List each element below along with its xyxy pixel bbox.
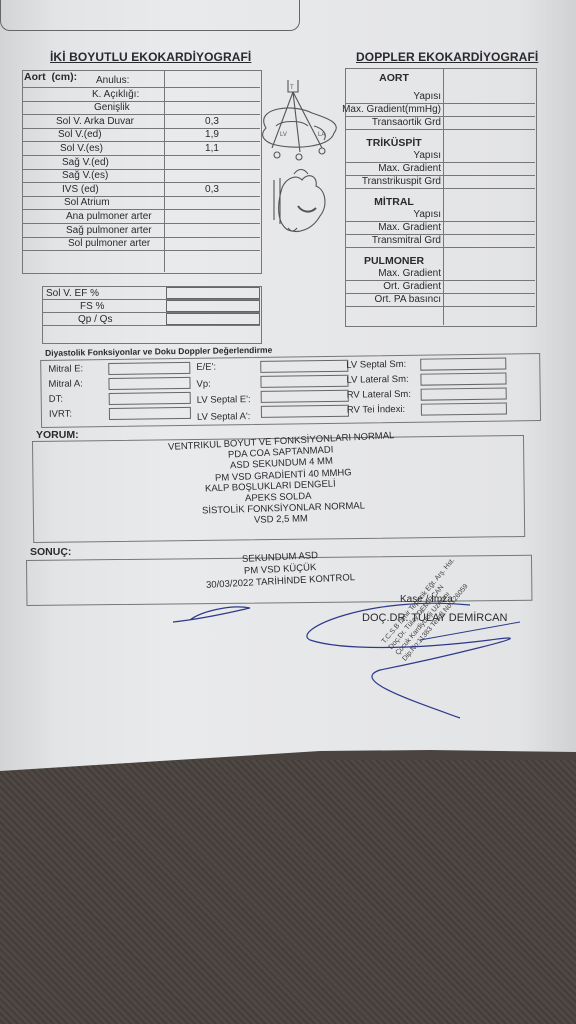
header-box (0, 0, 300, 31)
measurement-label: Sol V.(es) (60, 142, 103, 155)
doppler-row: Transaortik Grd (345, 116, 535, 130)
measurement-row: Sağ pulmoner arter (22, 224, 260, 238)
doppler-label: Transtrikuspit Grd (362, 175, 441, 188)
diastolic-label: LV Lateral Sm: (346, 374, 408, 386)
diastolic-label: LV Septal E': (197, 394, 251, 406)
doppler-row: Yapısı (345, 149, 535, 163)
diastolic-label: LV Septal A': (197, 411, 251, 423)
measurement-value: 0,3 (164, 183, 260, 196)
measurement-row: Sol V. Arka Duvar0,3 (22, 115, 260, 129)
measurement-label: Genişlik (94, 101, 130, 114)
svg-text:T: T (290, 85, 294, 91)
diastolic-value-field[interactable] (261, 390, 349, 403)
two-d-measurements-table: Aort (cm): Anulus:K. Açıklığı:GenişlikSo… (22, 70, 262, 274)
doppler-row: Ort. Gradient (345, 280, 535, 294)
measurement-label: IVS (ed) (62, 183, 99, 196)
measurement-row: IVS (ed)0,3 (22, 183, 260, 197)
measurement-row: Sol pulmoner arter (22, 237, 260, 251)
doppler-label: Yapısı (413, 208, 441, 221)
right-section-title: DOPPLER EKOKARDİYOGRAFİ (356, 50, 538, 64)
measurement-label: Sağ V.(ed) (62, 156, 109, 169)
diastolic-label: IVRT: (49, 409, 72, 420)
diastolic-label: RV Lateral Sm: (347, 389, 411, 401)
measurement-row: Sol V.(es)1,1 (22, 142, 260, 156)
carpet-background (0, 760, 576, 1024)
heart-diagram-icon: T LV LA (252, 78, 352, 258)
measurement-row: Ana pulmoner arter (22, 210, 260, 224)
doppler-row: Max. Gradient (345, 162, 535, 176)
doppler-group-title: AORT (345, 72, 443, 84)
measurement-row: Sağ V.(es) (22, 169, 260, 183)
doppler-label: Transmitral Grd (372, 234, 441, 247)
yorum-label: YORUM: (36, 429, 79, 441)
diastolic-value-field[interactable] (108, 362, 190, 375)
doppler-label: Ort. PA basıncı (374, 293, 441, 306)
measurement-label: Sağ V.(es) (62, 169, 108, 182)
ef-value-field[interactable] (166, 300, 260, 312)
diastolic-value-field[interactable] (109, 407, 191, 420)
diastolic-value-field[interactable] (421, 402, 507, 415)
measurement-label: Sol V.(ed) (58, 128, 102, 141)
doppler-row: Max. Gradient (345, 267, 535, 281)
yorum-line: VSD 2,5 MM (254, 514, 308, 526)
diastolic-label: RV Tei İndexi: (347, 404, 405, 416)
measurement-label: Sol pulmoner arter (68, 237, 150, 250)
ef-row: FS % (42, 299, 260, 313)
doppler-row: Yapısı (345, 208, 535, 222)
measurement-row: Anulus: (22, 74, 260, 88)
measurement-row: K. Açıklığı: (22, 88, 260, 102)
ef-row: Sol V. EF % (42, 286, 260, 300)
measurement-row: Sol V.(ed)1,9 (22, 128, 260, 142)
left-section-title: İKİ BOYUTLU EKOKARDİYOGRAFİ (50, 50, 251, 64)
doppler-group-title: PULMONER (345, 255, 443, 267)
diastolic-value-field[interactable] (420, 372, 506, 385)
measurement-label: K. Açıklığı: (92, 88, 139, 101)
diastolic-value-field[interactable] (421, 387, 507, 400)
doppler-row: Transtrikuspit Grd (345, 175, 535, 189)
diastolic-title: Diyastolik Fonksiyonlar ve Doku Doppler … (45, 345, 272, 358)
measurement-label: Ana pulmoner arter (66, 210, 152, 223)
ef-label: Qp / Qs (78, 313, 112, 326)
ef-row: Qp / Qs (42, 312, 260, 326)
doppler-row: Max. Gradient(mmHg) (345, 103, 535, 117)
doppler-group-title: TRİKÜSPİT (345, 137, 443, 149)
ef-value-field[interactable] (166, 313, 260, 325)
doppler-label: Ort. Gradient (383, 280, 441, 293)
measurement-label: Sol Atrium (64, 196, 110, 209)
diastolic-label: LV Septal Sm: (346, 359, 406, 371)
signature-scribble-icon (170, 600, 550, 720)
doppler-row: Transmitral Grd (345, 234, 535, 248)
diastolic-value-field[interactable] (260, 375, 348, 388)
svg-text:LV: LV (280, 132, 287, 138)
measurement-value: 0,3 (164, 115, 260, 128)
diastolic-label: E/E': (196, 362, 216, 373)
svg-text:LA: LA (318, 132, 325, 138)
sonuc-label: SONUÇ: (30, 546, 71, 558)
diastolic-label: Vp: (196, 378, 210, 389)
diastolic-label: Mitral E: (48, 363, 83, 374)
measurement-row: Genişlik (22, 101, 260, 115)
diastolic-value-field[interactable] (108, 377, 190, 390)
diastolic-value-field[interactable] (420, 357, 506, 370)
echo-report-paper: İKİ BOYUTLU EKOKARDİYOGRAFİ DOPPLER EKOK… (0, 0, 576, 772)
doppler-group-title: MİTRAL (345, 196, 443, 208)
diastolic-label: Mitral A: (48, 378, 82, 389)
doppler-label: Transaortik Grd (372, 116, 441, 129)
measurement-label: Sağ pulmoner arter (66, 224, 152, 237)
doppler-label: Max. Gradient (378, 162, 441, 175)
diastolic-value-field[interactable] (261, 405, 349, 418)
doppler-label: Yapısı (413, 149, 441, 162)
ef-table: Sol V. EF %FS %Qp / Qs (42, 286, 262, 344)
doppler-label: Max. Gradient(mmHg) (342, 103, 441, 116)
diastolic-value-field[interactable] (260, 360, 348, 373)
doppler-row: Max. Gradient (345, 221, 535, 235)
doppler-row: Yapısı (345, 90, 535, 104)
diastolic-value-field[interactable] (109, 392, 191, 405)
diastolic-label: DT: (49, 394, 63, 405)
ef-value-field[interactable] (166, 287, 260, 299)
doppler-row: Ort. PA basıncı (345, 293, 535, 307)
diastolic-section: Diyastolik Fonksiyonlar ve Doku Doppler … (40, 341, 541, 428)
measurement-row: Sağ V.(ed) (22, 156, 260, 170)
doppler-label: Max. Gradient (378, 221, 441, 234)
doppler-table: AORTYapısıMax. Gradient(mmHg)Transaortik… (345, 68, 537, 328)
doppler-label: Max. Gradient (378, 267, 441, 280)
measurement-label: Sol V. Arka Duvar (56, 115, 134, 128)
measurement-value: 1,1 (164, 142, 260, 155)
measurement-value: 1,9 (164, 128, 260, 141)
measurement-label: Anulus: (96, 74, 129, 87)
doppler-label: Yapısı (413, 90, 441, 103)
measurement-row: Sol Atrium (22, 196, 260, 210)
